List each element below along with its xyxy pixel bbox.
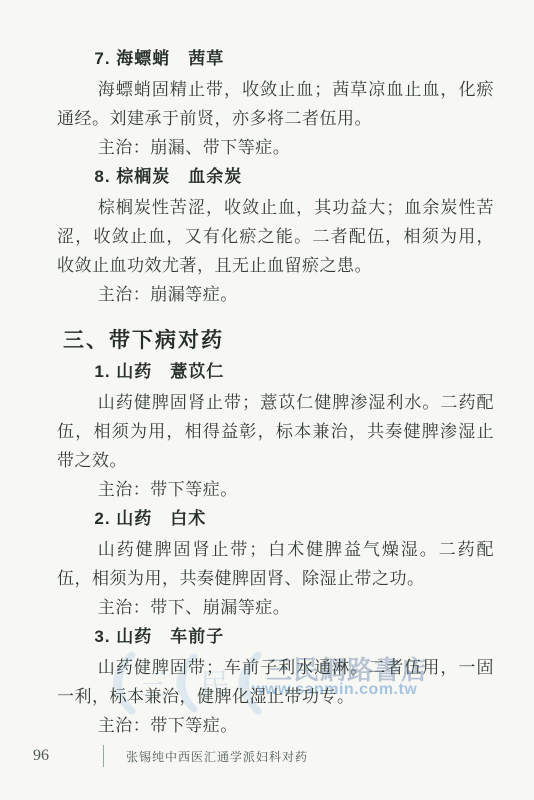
pair-body: 山药健脾固肾止带；白术健脾益气燥湿。二药配伍，相须为用，共奏健脾固肾、除湿止带之… bbox=[57, 535, 494, 593]
drug-pair-section-7: 7. 海螵蛸 茜草 海螵蛸固精止带，收敛止血；茜草凉血止血，化瘀通经。刘建承于前… bbox=[57, 48, 494, 162]
pair-heading: 8. 棕榈炭 血余炭 bbox=[57, 166, 494, 188]
page-content: 7. 海螵蛸 茜草 海螵蛸固精止带，收敛止血；茜草凉血止血，化瘀通经。刘建承于前… bbox=[57, 44, 494, 740]
pair-indication: 主治：带下等症。 bbox=[57, 711, 494, 740]
pair-heading: 1. 山药 薏苡仁 bbox=[57, 361, 494, 383]
pair-body: 棕榈炭性苦涩，收敛止血，其功益大；血余炭性苦涩，收敛止血，又有化瘀之能。二者配伍… bbox=[57, 193, 494, 280]
pair-heading: 7. 海螵蛸 茜草 bbox=[57, 48, 494, 70]
pair-indication: 主治：崩漏、带下等症。 bbox=[57, 133, 494, 162]
page-number: 96 bbox=[33, 747, 103, 765]
book-title: 张锡纯中西医汇通学派妇科对药 bbox=[126, 748, 308, 765]
drug-pair-section-3: 3. 山药 车前子 山药健脾固带；车前子利水通淋。二者伍用，一固一利，标本兼治，… bbox=[57, 626, 494, 740]
pair-indication: 主治：带下、崩漏等症。 bbox=[57, 593, 494, 622]
pair-indication: 主治：崩漏等症。 bbox=[57, 280, 494, 309]
footer-divider bbox=[103, 745, 104, 767]
drug-pair-section-2: 2. 山药 白术 山药健脾固肾止带；白术健脾益气燥湿。二药配伍，相须为用，共奏健… bbox=[57, 508, 494, 622]
drug-pair-section-1: 1. 山药 薏苡仁 山药健脾固肾止带；薏苡仁健脾渗湿利水。二药配伍，相须为用，相… bbox=[57, 361, 494, 504]
pair-heading: 3. 山药 车前子 bbox=[57, 626, 494, 648]
chapter-heading: 三、带下病对药 bbox=[57, 325, 494, 355]
pair-heading: 2. 山药 白术 bbox=[57, 508, 494, 530]
drug-pair-section-8: 8. 棕榈炭 血余炭 棕榈炭性苦涩，收敛止血，其功益大；血余炭性苦涩，收敛止血，… bbox=[57, 166, 494, 309]
pair-indication: 主治：带下等症。 bbox=[57, 475, 494, 504]
book-page: 三 民 三民網路書店 www.sanmin.com.tw 7. 海螵蛸 茜草 海… bbox=[0, 0, 534, 800]
pair-body: 山药健脾固带；车前子利水通淋。二者伍用，一固一利，标本兼治，健脾化湿止带功专。 bbox=[57, 653, 494, 711]
pair-body: 山药健脾固肾止带；薏苡仁健脾渗湿利水。二药配伍，相须为用，相得益彰，标本兼治，共… bbox=[57, 388, 494, 475]
page-footer: 96 张锡纯中西医汇通学派妇科对药 bbox=[33, 744, 308, 768]
pair-body: 海螵蛸固精止带，收敛止血；茜草凉血止血，化瘀通经。刘建承于前贤，亦多将二者伍用。 bbox=[57, 75, 494, 133]
